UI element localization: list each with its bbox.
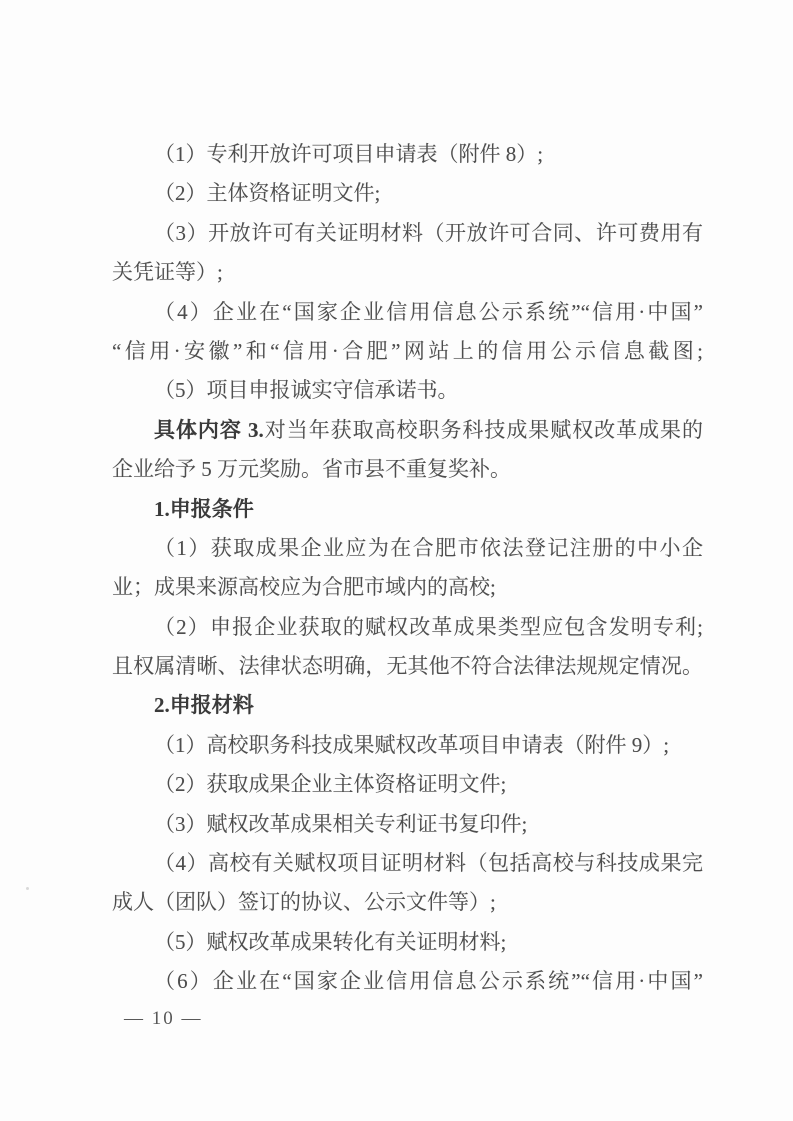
text-line: 1.申报条件 (112, 490, 703, 529)
text-segment: （6）企业在“国家企业信用信息公示系统”“信用·中国” (154, 969, 703, 993)
text-segment: （3）赋权改革成果相关专利证书复印件; (154, 812, 527, 836)
text-line: 成人（团队）签订的协议、公示文件等）; (112, 883, 703, 922)
text-line: （1）专利开放许可项目申请表（附件 8）; (112, 135, 703, 174)
bold-text-segment: 1.申报条件 (154, 497, 254, 521)
text-line: （2）申报企业获取的赋权改革成果类型应包含发明专利; (112, 608, 703, 647)
text-line: 2.申报材料 (112, 686, 703, 725)
text-segment: （3）开放许可有关证明材料（开放许可合同、许可费用有 (154, 221, 703, 245)
text-segment: （4）高校有关赋权项目证明材料（包括高校与科技成果完 (154, 851, 703, 875)
text-segment: （2）申报企业获取的赋权改革成果类型应包含发明专利; (154, 615, 703, 639)
text-segment: （5）赋权改革成果转化有关证明材料; (154, 930, 506, 954)
text-segment: 关凭证等）; (112, 260, 223, 284)
text-line: （5）项目申报诚实守信承诺书。 (112, 371, 703, 410)
bold-text-segment: 具体内容 3. (154, 418, 264, 442)
text-segment: （2）获取成果企业主体资格证明文件; (154, 772, 506, 796)
text-segment: （5）项目申报诚实守信承诺书。 (154, 378, 459, 402)
text-segment: 业；成果来源高校应为合肥市域内的高校; (112, 575, 496, 599)
scan-artifact-dot (26, 887, 29, 890)
text-line: （5）赋权改革成果转化有关证明材料; (112, 923, 703, 962)
bold-text-segment: 2.申报材料 (154, 693, 254, 717)
text-line: 且权属清晰、法律状态明确，无其他不符合法律法规规定情况。 (112, 647, 703, 686)
text-segment: （1）获取成果企业应为在合肥市依法登记注册的中小企 (154, 536, 703, 560)
text-line: 业；成果来源高校应为合肥市域内的高校; (112, 568, 703, 607)
document-lines: （1）专利开放许可项目申请表（附件 8）;（2）主体资格证明文件;（3）开放许可… (112, 135, 703, 1002)
text-segment: 对当年获取高校职务科技成果赋权改革成果的 (264, 418, 703, 442)
text-line: （4）高校有关赋权项目证明材料（包括高校与科技成果完 (112, 844, 703, 883)
text-line: （2）主体资格证明文件; (112, 174, 703, 213)
page-number: — 10 — (124, 1008, 203, 1030)
text-segment: 企业给予 5 万元奖励。省市县不重复奖补。 (112, 457, 511, 481)
text-line: （1）获取成果企业应为在合肥市依法登记注册的中小企 (112, 529, 703, 568)
text-line: （3）开放许可有关证明材料（开放许可合同、许可费用有 (112, 214, 703, 253)
text-line: （2）获取成果企业主体资格证明文件; (112, 765, 703, 804)
text-line: （6）企业在“国家企业信用信息公示系统”“信用·中国” (112, 962, 703, 1001)
text-line: 具体内容 3.对当年获取高校职务科技成果赋权改革成果的 (112, 411, 703, 450)
text-line: 关凭证等）; (112, 253, 703, 292)
text-line: （1）高校职务科技成果赋权改革项目申请表（附件 9）; (112, 726, 703, 765)
text-line: （3）赋权改革成果相关专利证书复印件; (112, 805, 703, 844)
text-segment: （1）高校职务科技成果赋权改革项目申请表（附件 9）; (154, 733, 669, 757)
text-segment: （1）专利开放许可项目申请表（附件 8）; (154, 142, 543, 166)
text-segment: 且权属清晰、法律状态明确，无其他不符合法律法规规定情况。 (112, 654, 703, 678)
text-segment: 成人（团队）签订的协议、公示文件等）; (112, 890, 496, 914)
text-segment: （4）企业在“国家企业信用信息公示系统”“信用·中国” (154, 300, 703, 324)
text-line: “信用·安徽”和“信用·合肥”网站上的信用公示信息截图; (112, 332, 703, 371)
text-segment: “信用·安徽”和“信用·合肥”网站上的信用公示信息截图; (112, 339, 703, 363)
document-page: （1）专利开放许可项目申请表（附件 8）;（2）主体资格证明文件;（3）开放许可… (0, 0, 793, 1121)
text-segment: （2）主体资格证明文件; (154, 181, 380, 205)
text-line: （4）企业在“国家企业信用信息公示系统”“信用·中国” (112, 293, 703, 332)
text-line: 企业给予 5 万元奖励。省市县不重复奖补。 (112, 450, 703, 489)
